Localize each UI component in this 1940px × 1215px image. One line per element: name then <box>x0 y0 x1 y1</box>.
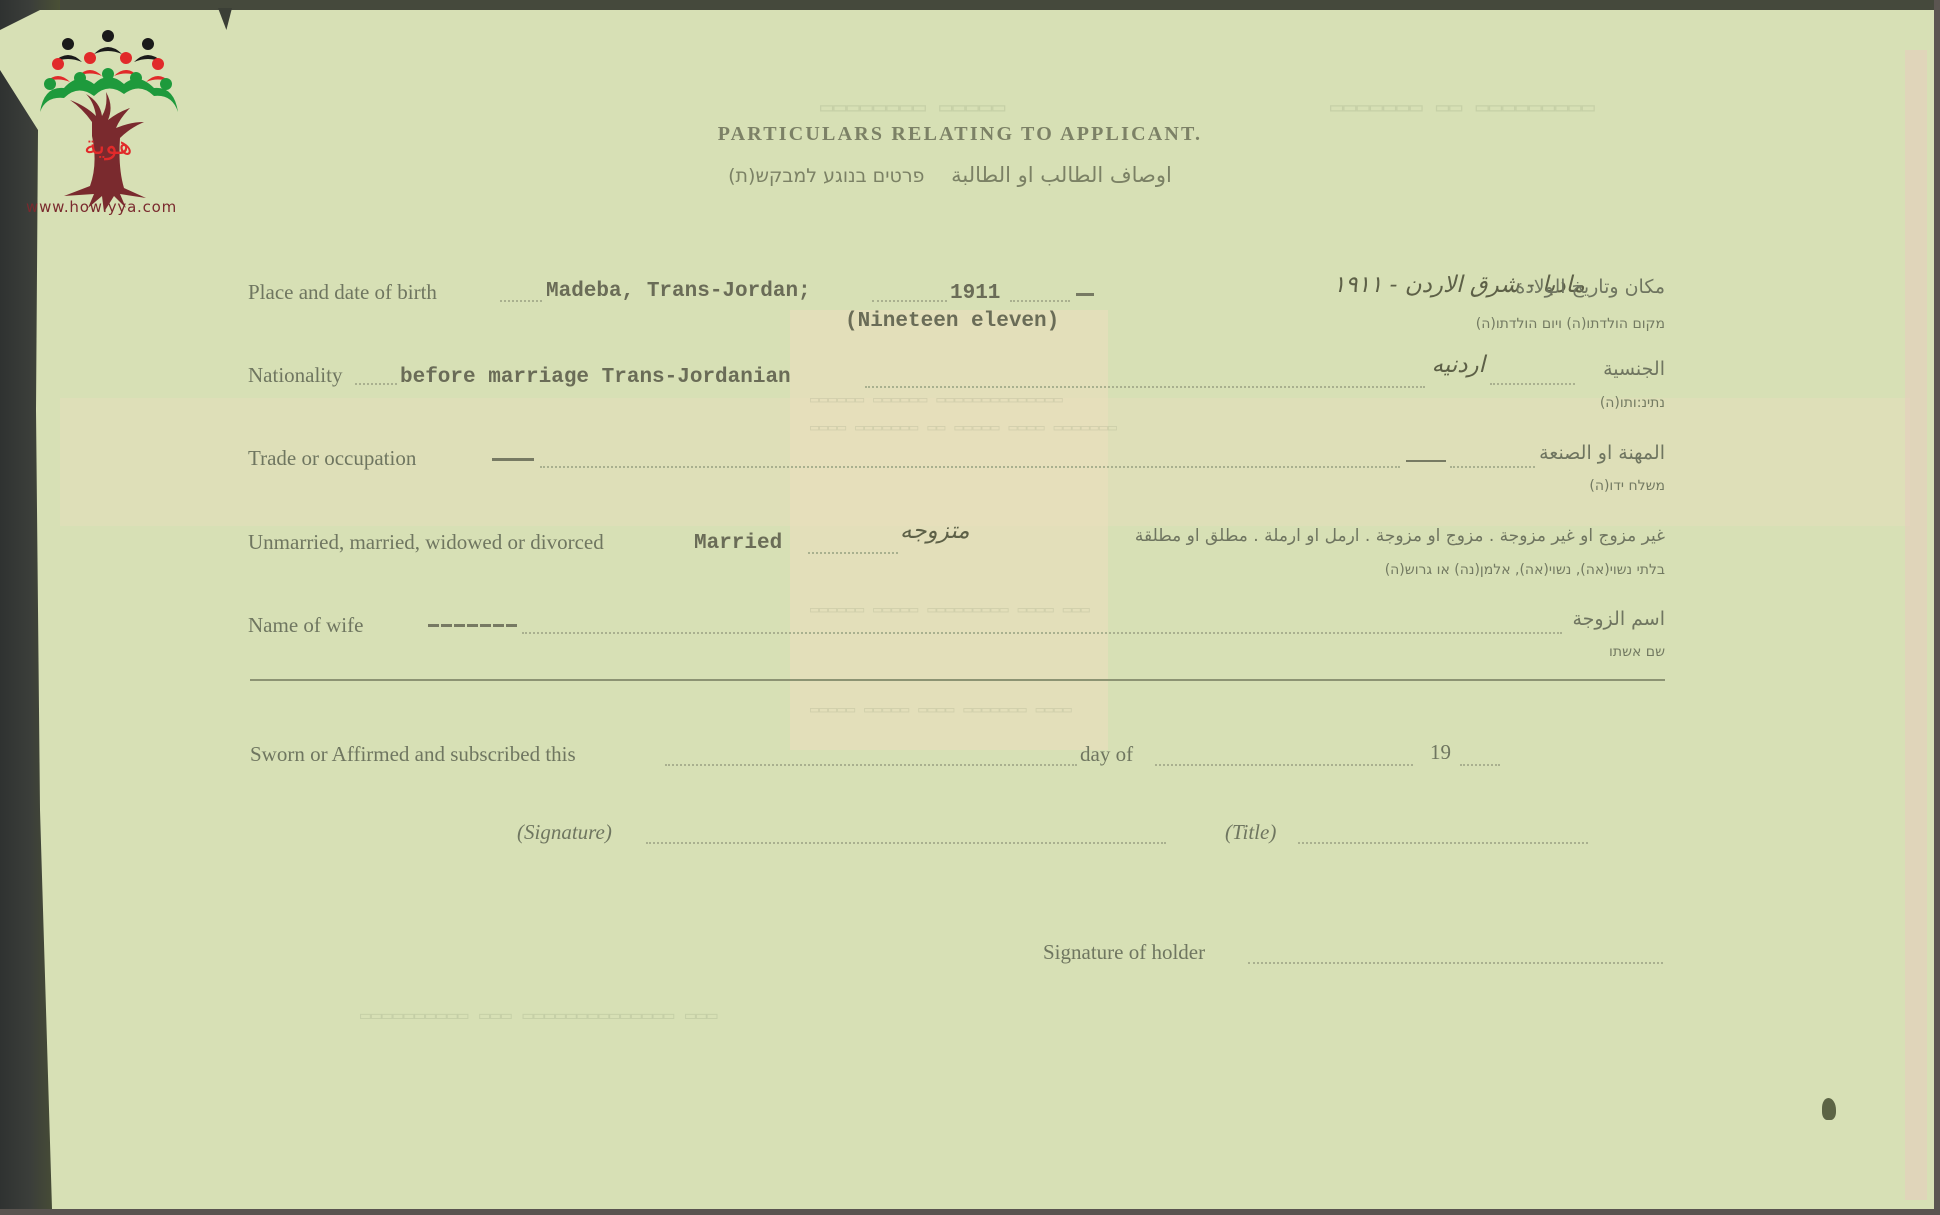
dotted-line <box>1490 383 1575 385</box>
field-label: Place and date of birth <box>248 280 437 305</box>
sworn-day-field[interactable] <box>665 764 1077 766</box>
scan-border-right <box>1934 0 1940 1215</box>
paper-stain <box>1905 50 1927 1200</box>
dotted-line <box>522 632 1562 634</box>
field-value[interactable]: before marriage Trans-Jordanian <box>400 366 791 389</box>
dotted-line <box>808 552 898 554</box>
dotted-line <box>355 383 397 385</box>
dotted-line <box>865 386 1425 388</box>
field-label: Trade or occupation <box>248 446 416 471</box>
bleed-through-text: ▭▭▭▭▭▭▭▭▭▭ ▭▭▭ ▭▭▭▭▭▭▭▭▭▭▭▭▭▭ ▭▭▭ <box>360 1005 718 1027</box>
sworn-year-field[interactable] <box>1460 764 1500 766</box>
field-value-handwritten-ar[interactable]: اردنيه <box>1432 352 1485 378</box>
field-label-he: בלתי נשוי(אה), נשוי(אה), אלמן(נה) או גרו… <box>1385 562 1665 578</box>
sworn-month-field[interactable] <box>1155 764 1413 766</box>
bleed-through-text: ▭▭▭▭▭▭ ▭▭▭▭▭▭ ▭▭▭▭▭▭▭▭▭▭▭▭▭▭ <box>810 390 1063 409</box>
bleed-through-text: ▭▭▭▭ ▭▭▭▭▭▭▭ ▭▭ ▭▭▭▭▭ ▭▭▭▭ ▭▭▭▭▭▭▭ <box>810 418 1117 437</box>
dotted-line <box>500 300 542 302</box>
field-label-ar: المهنة او الصنعة <box>1539 442 1665 464</box>
title-label: (Title) <box>1225 820 1276 845</box>
field-value[interactable]: Madeba, Trans-Jordan; <box>546 280 811 303</box>
day-of-label: day of <box>1080 742 1133 767</box>
field-value-year-words[interactable]: (Nineteen eleven) <box>845 310 1059 333</box>
dotted-line <box>1450 466 1535 468</box>
scan-border-bottom <box>0 1209 1940 1215</box>
field-value-dashes <box>428 624 518 627</box>
ink-blot <box>1822 1098 1836 1120</box>
dash-mark <box>1076 293 1094 296</box>
section-separator <box>250 679 1665 681</box>
signature-label: (Signature) <box>517 820 612 845</box>
title-he: פרטים בנוגע למבקש(ת) <box>728 165 924 187</box>
field-value[interactable]: Married <box>694 532 782 555</box>
field-value-dash-ar <box>1406 460 1446 462</box>
field-label-ar: اسم الزوجة <box>1572 608 1665 630</box>
title-field[interactable] <box>1298 842 1588 844</box>
bleed-through-text: ▭▭▭▭▭ ▭▭▭▭▭ ▭▭▭▭ ▭▭▭▭▭▭▭ ▭▭▭▭ <box>810 700 1072 719</box>
bleed-through-text: ▭▭▭▭▭▭▭▭ ▭▭▭▭▭ <box>820 95 1005 121</box>
field-value-handwritten-ar[interactable]: متزوجه <box>900 518 970 544</box>
holder-signature-field[interactable] <box>1248 962 1663 964</box>
field-label-he: מקום הולדתו(ה) ויום הולדתו(ה) <box>1476 316 1665 332</box>
howiyya-logo-icon: هوية <box>22 22 202 222</box>
field-label-ar: الجنسية <box>1603 358 1665 380</box>
watermark-url: www.howiyya.com <box>26 198 177 216</box>
dotted-line <box>540 466 1400 468</box>
field-label-ar: غير مزوج او غير مزوجة . مزوج او مزوجة . … <box>1135 526 1665 546</box>
dotted-line <box>872 300 947 302</box>
year-prefix-label: 19 <box>1430 740 1451 765</box>
signature-field[interactable] <box>646 842 1166 844</box>
holder-signature-label: Signature of holder <box>1043 940 1205 965</box>
field-label-he: שם אשתו <box>1609 644 1665 660</box>
page-title: PARTICULARS RELATING TO APPLICANT. <box>0 123 1940 146</box>
field-label: Unmarried, married, widowed or divorced <box>248 530 604 555</box>
dotted-line <box>1010 300 1070 302</box>
sworn-label: Sworn or Affirmed and subscribed this <box>250 742 576 767</box>
title-ar: اوصاف الطالب او الطالبة <box>951 163 1172 187</box>
page-title-ar-he: اوصاف الطالب او الطالبة פרטים בנוגע למבק… <box>700 163 1200 187</box>
field-label: Name of wife <box>248 613 363 638</box>
field-label-ar: مكان وتاريخ الولادة <box>1515 276 1665 298</box>
bleed-through-text: ▭▭▭▭▭▭▭ ▭▭ ▭▭▭▭▭▭▭▭▭ <box>1330 95 1595 121</box>
field-label: Nationality <box>248 363 342 388</box>
field-value-year[interactable]: 1911 <box>950 282 1000 305</box>
field-value-dash <box>492 458 534 461</box>
field-label-he: נתינ:ותו(ה) <box>1600 395 1665 411</box>
field-label-he: משלח ידו(ה) <box>1589 478 1665 494</box>
bleed-through-text: ▭▭▭▭▭▭ ▭▭▭▭▭ ▭▭▭▭▭▭▭▭▭ ▭▭▭▭ ▭▭▭ <box>810 600 1090 619</box>
